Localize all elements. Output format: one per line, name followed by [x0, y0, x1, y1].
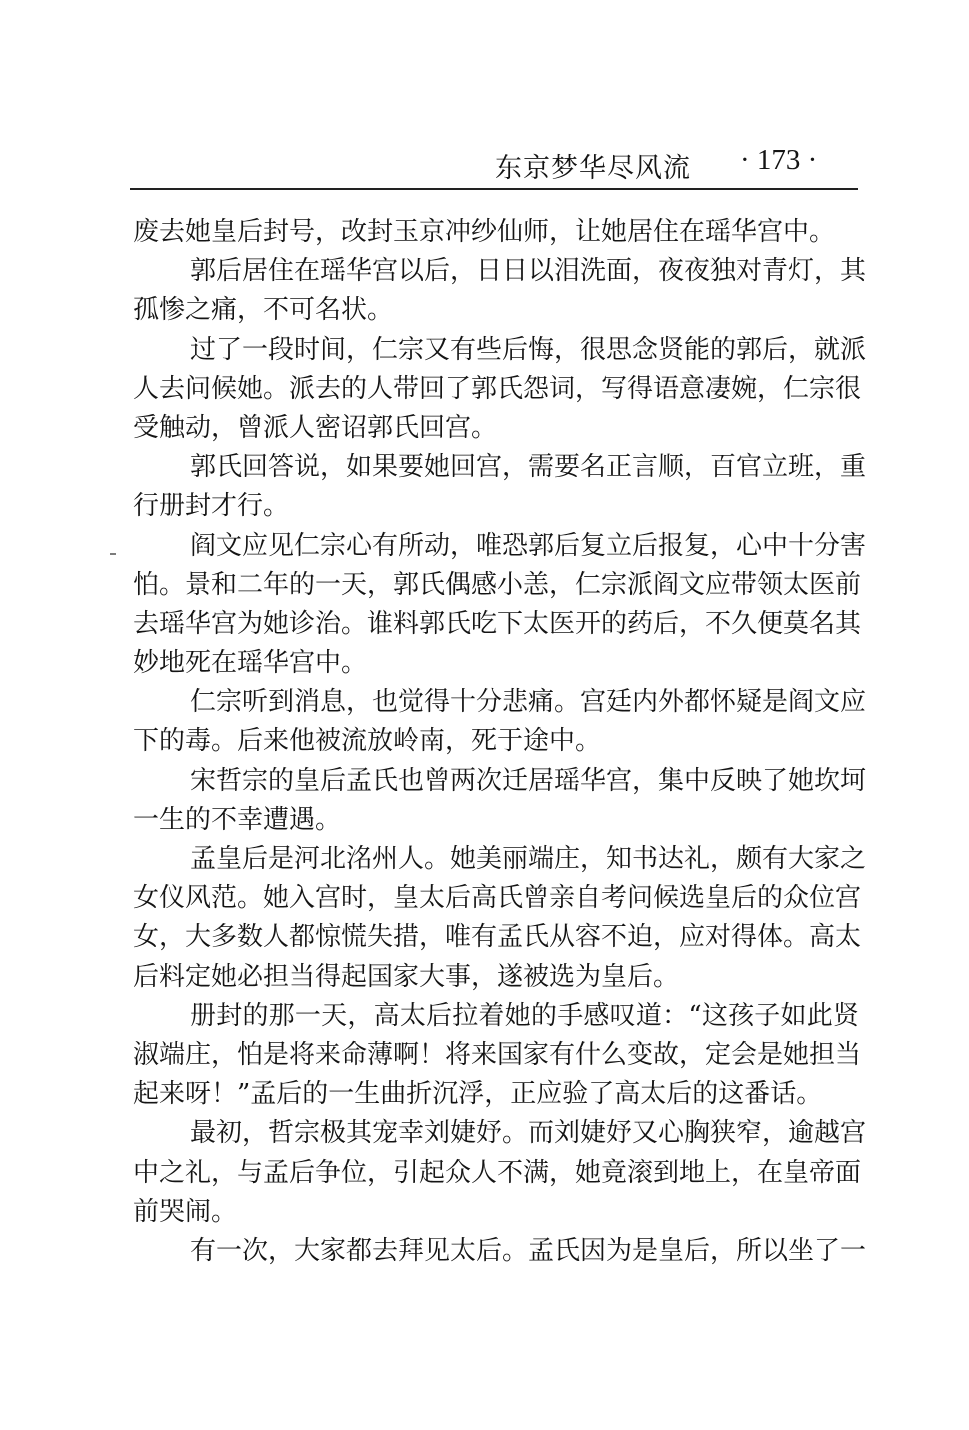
text-line: 妙地死在瑶华宫中。 [133, 644, 859, 683]
text-line: 孤惨之痛，不可名状。 [133, 291, 859, 330]
text-line: 怕。景和二年的一天，郭氏偶感小恙，仁宗派阎文应带领太医前 [133, 566, 859, 605]
body-text: 废去她皇后封号，改封玉京冲纱仙师，让她居住在瑶华宫中。 郭后居住在瑶华宫以后，日… [133, 213, 859, 1271]
text-line: 宋哲宗的皇后孟氏也曾两次迁居瑶华宫，集中反映了她坎坷 [133, 762, 859, 801]
page-header: 东京梦华尽风流 · 173 · [130, 140, 858, 190]
text-line: 一生的不幸遭遇。 [133, 801, 859, 840]
text-line: 前哭闹。 [133, 1193, 859, 1232]
text-line: 去瑶华宫为她诊治。谁料郭氏吃下太医开的药后，不久便莫名其 [133, 605, 859, 644]
text-line: 女，大多数人都惊慌失措，唯有孟氏从容不迫，应对得体。高太 [133, 918, 859, 957]
header-rule [130, 188, 858, 190]
text-line: 最初，哲宗极其宠幸刘婕妤。而刘婕妤又心胸狭窄，逾越宫 [133, 1114, 859, 1153]
text-line: 后料定她必担当得起国家大事，遂被选为皇后。 [133, 958, 859, 997]
text-line: 起来呀！”孟后的一生曲折沉浮，正应验了高太后的这番话。 [133, 1075, 859, 1114]
text-line: 受触动，曾派人密诏郭氏回宫。 [133, 409, 859, 448]
scan-artifact-mark [110, 553, 116, 555]
text-line: 中之礼，与孟后争位，引起众人不满，她竟滚到地上，在皇帝面 [133, 1154, 859, 1193]
text-line: 阎文应见仁宗心有所动，唯恐郭后复立后报复，心中十分害 [133, 527, 859, 566]
text-line: 郭氏回答说，如果要她回宫，需要名正言顺，百官立班，重 [133, 448, 859, 487]
text-line: 下的毒。后来他被流放岭南，死于途中。 [133, 722, 859, 761]
text-line: 淑端庄，怕是将来命薄啊！将来国家有什么变故，定会是她担当 [133, 1036, 859, 1075]
text-line: 过了一段时间，仁宗又有些后悔，很思念贤能的郭后，就派 [133, 331, 859, 370]
text-line: 仁宗听到消息，也觉得十分悲痛。宫廷内外都怀疑是阎文应 [133, 683, 859, 722]
text-line: 人去问候她。派去的人带回了郭氏怨词，写得语意凄婉，仁宗很 [133, 370, 859, 409]
text-line: 废去她皇后封号，改封玉京冲纱仙师，让她居住在瑶华宫中。 [133, 213, 859, 252]
text-line: 孟皇后是河北洺州人。她美丽端庄，知书达礼，颇有大家之 [133, 840, 859, 879]
text-line: 册封的那一天，高太后拉着她的手感叹道：“这孩子如此贤 [133, 997, 859, 1036]
text-line: 行册封才行。 [133, 487, 859, 526]
running-title: 东京梦华尽风流 [495, 146, 691, 185]
page-number: · 173 · [740, 144, 817, 177]
text-line: 女仪风范。她入宫时，皇太后高氏曾亲自考问候选皇后的众位宫 [133, 879, 859, 918]
text-line: 郭后居住在瑶华宫以后，日日以泪洗面，夜夜独对青灯，其 [133, 252, 859, 291]
text-line: 有一次，大家都去拜见太后。孟氏因为是皇后，所以坐了一 [133, 1232, 859, 1271]
